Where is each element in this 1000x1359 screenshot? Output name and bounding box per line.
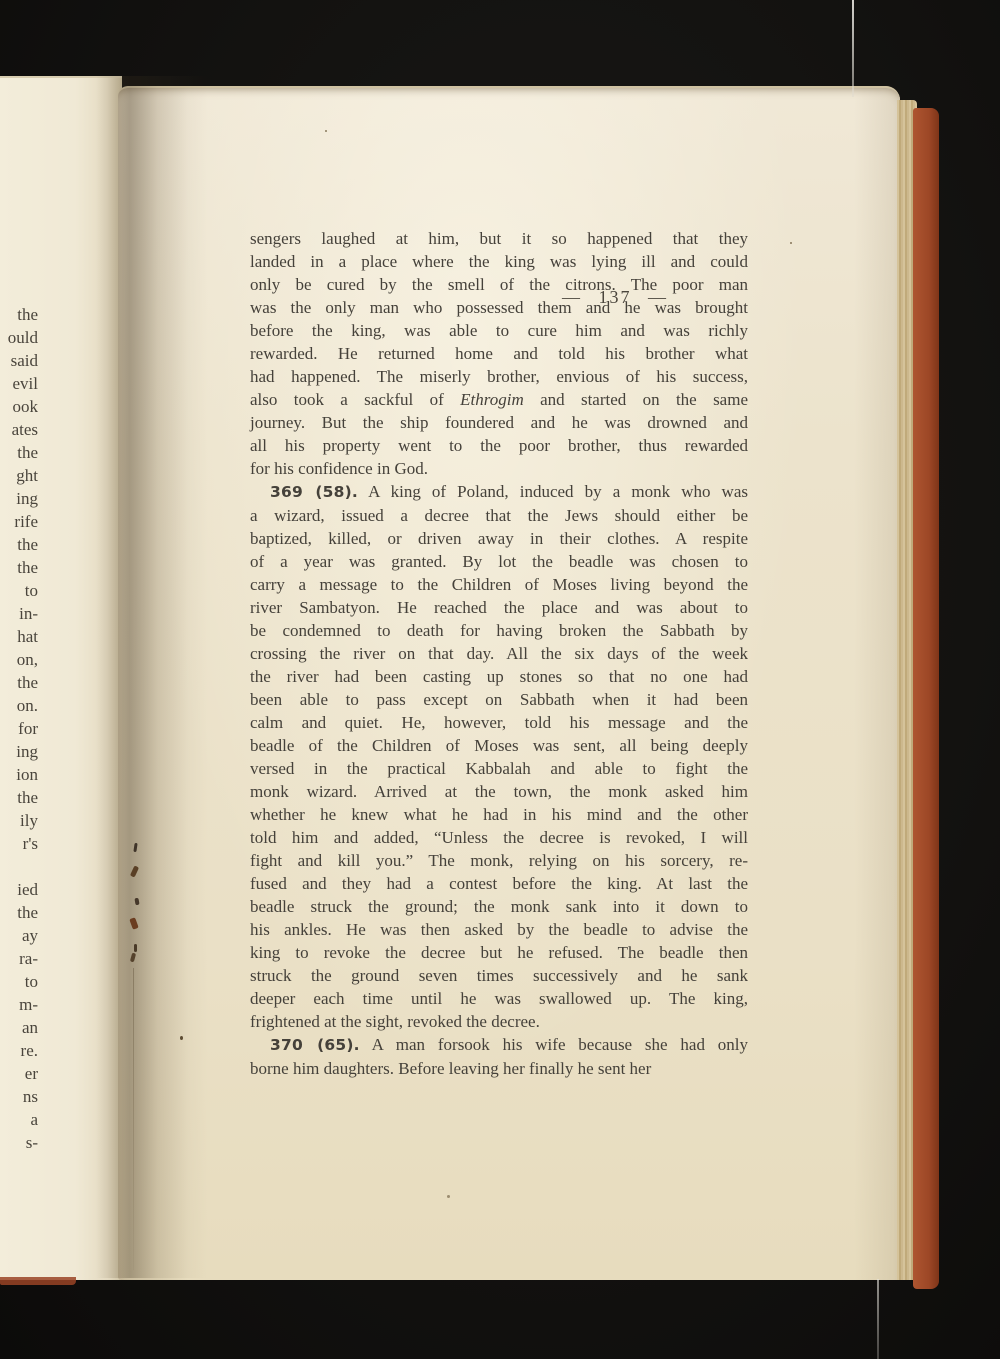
left-page-line-fragment: s-: [0, 1131, 38, 1154]
left-page: theouldsaidevilookatestheghtingrifetheth…: [0, 76, 122, 1280]
text-line: whether he knew what he had in his mind …: [250, 803, 748, 826]
paragraph: 370 (65). A man forsook his wife because…: [250, 1033, 748, 1080]
text-line: be condemned to death for having broken …: [250, 619, 748, 642]
text-line: told him and added, “Unless the decree i…: [250, 826, 748, 849]
left-page-line-fragment: the: [0, 901, 38, 924]
text-line: beadle of the Children of Moses was sent…: [250, 734, 748, 757]
text-line: fused and they had a contest before the …: [250, 872, 748, 895]
left-page-line-fragment: ook: [0, 395, 38, 418]
left-page-line-fragment: rife: [0, 510, 38, 533]
left-page-line-fragment: to: [0, 970, 38, 993]
text-line: also took a sackful of Ethrogim and star…: [250, 388, 748, 411]
text-line: all his property went to the poor brothe…: [250, 434, 748, 457]
text-line: his ankles. He was then asked by the bea…: [250, 918, 748, 941]
text-line: monk wizard. Arrived at the town, the mo…: [250, 780, 748, 803]
left-page-line-fragment: hat: [0, 625, 38, 648]
left-page-line-fragment: er: [0, 1062, 38, 1085]
left-page-line-fragment: ing: [0, 740, 38, 763]
left-page-fragments: theouldsaidevilookatestheghtingrifetheth…: [0, 303, 38, 1154]
left-page-line-fragment: ied: [0, 878, 38, 901]
text-line: baptized, killed, or driven away in thei…: [250, 527, 748, 550]
left-page-line-fragment: ates: [0, 418, 38, 441]
text-line: carry a message to the Children of Moses…: [250, 573, 748, 596]
left-page-line-fragment: ily: [0, 809, 38, 832]
text-line: was the only man who possessed them and …: [250, 296, 748, 319]
left-page-line-fragment: the: [0, 303, 38, 326]
text-line: versed in the practical Kabbalah and abl…: [250, 757, 748, 780]
left-page-line-fragment: to: [0, 579, 38, 602]
text-line: 370 (65). A man forsook his wife because…: [250, 1033, 748, 1057]
book-cover-right: [913, 108, 939, 1289]
text-line: fight and kill you.” The monk, relying o…: [250, 849, 748, 872]
left-page-line-fragment: ould: [0, 326, 38, 349]
paragraph: 369 (58). A king of Poland, induced by a…: [250, 480, 748, 1033]
left-page-line-fragment: ing: [0, 487, 38, 510]
left-page-line-fragment: a: [0, 1108, 38, 1131]
text-line: king to revoke the decree but he refused…: [250, 941, 748, 964]
text-line: for his confidence in God.: [250, 457, 748, 480]
left-page-line-fragment: ay: [0, 924, 38, 947]
text-line: rewarded. He returned home and told his …: [250, 342, 748, 365]
text-line: frightened at the sight, revoked the dec…: [250, 1010, 748, 1033]
text-line: only be cured by the smell of the citron…: [250, 273, 748, 296]
left-page-line-fragment: in-: [0, 602, 38, 625]
left-page-line-fragment: the: [0, 786, 38, 809]
left-page-line-fragment: the: [0, 533, 38, 556]
left-page-line-fragment: on,: [0, 648, 38, 671]
paper-speck: [325, 130, 327, 132]
text-line: the river had been casting up stones so …: [250, 665, 748, 688]
left-page-line-fragment: ns: [0, 1085, 38, 1108]
cradle-string-bottom: [877, 1279, 879, 1359]
left-page-line-fragment: ra-: [0, 947, 38, 970]
paper-speck: [790, 242, 792, 244]
text-line: 369 (58). A king of Poland, induced by a…: [250, 480, 748, 504]
text-line: river Sambatyon. He reached the place an…: [250, 596, 748, 619]
left-page-line-fragment: [0, 855, 38, 878]
text-line: deeper each time until he was swallowed …: [250, 987, 748, 1010]
left-page-line-fragment: for: [0, 717, 38, 740]
paper-speck: [180, 1036, 183, 1040]
cradle-string-top: [852, 0, 854, 97]
left-page-line-fragment: the: [0, 556, 38, 579]
text-line: before the king, was able to cure him an…: [250, 319, 748, 342]
text-line: landed in a place where the king was lyi…: [250, 250, 748, 273]
paper-speck: [447, 1195, 450, 1198]
text-line: calm and quiet. He, however, told his me…: [250, 711, 748, 734]
left-page-line-fragment: the: [0, 671, 38, 694]
left-page-line-fragment: said: [0, 349, 38, 372]
text-line: had happened. The miserly brother, envio…: [250, 365, 748, 388]
text-line: sengers laughed at him, but it so happen…: [250, 227, 748, 250]
left-page-line-fragment: on.: [0, 694, 38, 717]
text-line: struck the ground seven times successive…: [250, 964, 748, 987]
left-page-line-fragment: an: [0, 1016, 38, 1039]
text-line: beadle struck the ground; the monk sank …: [250, 895, 748, 918]
left-page-line-fragment: ion: [0, 763, 38, 786]
text-line: borne him daughters. Before leaving her …: [250, 1057, 748, 1080]
text-line: crossing the river on that day. All the …: [250, 642, 748, 665]
text-line: been able to pass except on Sabbath when…: [250, 688, 748, 711]
left-page-line-fragment: m-: [0, 993, 38, 1016]
text-line: of a year was granted. By lot the beadle…: [250, 550, 748, 573]
left-page-line-fragment: r's: [0, 832, 38, 855]
text-line: a wizard, issued a decree that the Jews …: [250, 504, 748, 527]
photo-background: theouldsaidevilookatestheghtingrifetheth…: [0, 0, 1000, 1359]
text-line: journey. But the ship foundered and he w…: [250, 411, 748, 434]
gutter-crease: [133, 968, 134, 1270]
left-page-line-fragment: re.: [0, 1039, 38, 1062]
page-text: sengers laughed at him, but it so happen…: [250, 227, 748, 1080]
left-page-line-fragment: ght: [0, 464, 38, 487]
paragraph: sengers laughed at him, but it so happen…: [250, 227, 748, 480]
book-cover-bottom-left: [0, 1277, 76, 1285]
left-page-line-fragment: the: [0, 441, 38, 464]
ink-mark: [134, 944, 137, 952]
left-page-line-fragment: evil: [0, 372, 38, 395]
